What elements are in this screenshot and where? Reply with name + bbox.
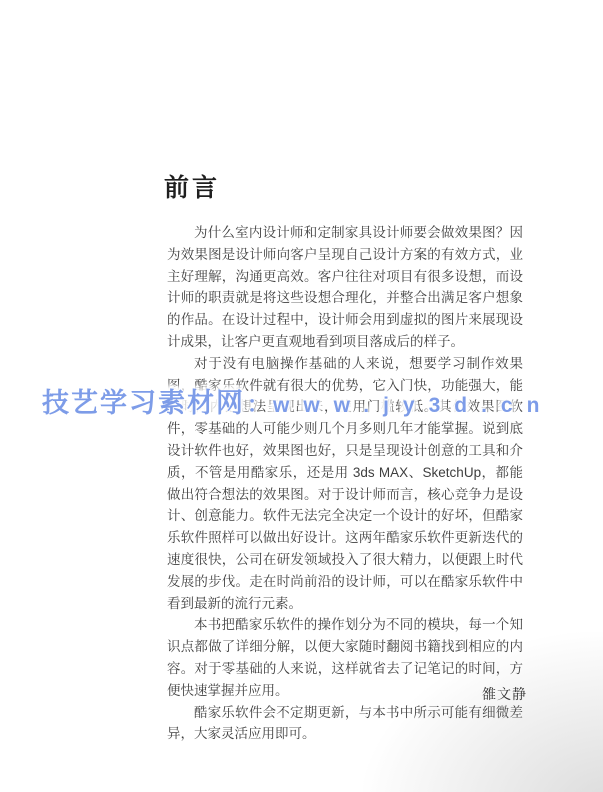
- preface-page: 前言 为什么室内设计师和定制家具设计师要会做效果图？因为效果图是设计师向客户呈现…: [0, 0, 603, 792]
- author-signature: 雒文静: [167, 684, 527, 704]
- paragraph: 对于没有电脑操作基础的人来说，想要学习制作效果图，酷家乐软件就有很大的优势，它入…: [167, 353, 523, 615]
- preface-body: 为什么室内设计师和定制家具设计师要会做效果图？因为效果图是设计师向客户呈现自己设…: [167, 222, 523, 745]
- paragraph: 酷家乐软件会不定期更新，与本书中所示可能有细微差异，大家灵活应用即可。: [167, 702, 523, 746]
- page-title: 前言: [164, 168, 220, 204]
- paragraph: 为什么室内设计师和定制家具设计师要会做效果图？因为效果图是设计师向客户呈现自己设…: [167, 222, 523, 353]
